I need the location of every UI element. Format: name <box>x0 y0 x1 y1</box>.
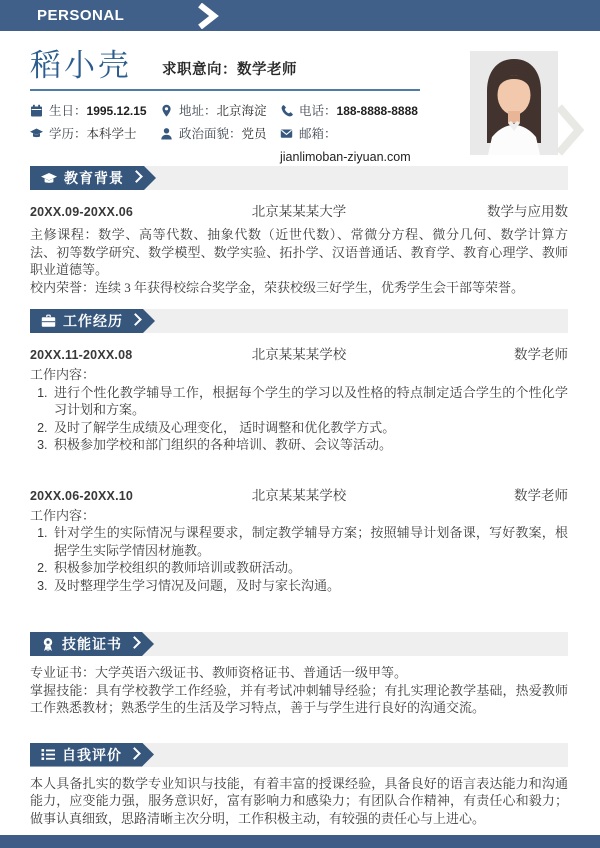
education-period: 20XX.09-20XX.06 <box>30 205 190 219</box>
duty-item: 积极参加学校组织的教师培训或教研活动。 <box>51 559 568 577</box>
list-icon <box>41 748 55 761</box>
duty-item: 针对学生的实际情况与课程要求，制定教学辅导方案；按照辅导计划备课，写好教案，根据… <box>51 524 568 559</box>
address-value: 北京海淀 <box>217 104 267 118</box>
footer-bar <box>0 835 600 848</box>
info-phone: 电话：188-8888-8888 <box>280 103 470 119</box>
skills-abilities: 掌握技能：具有学校教学工作经验，并有考试冲刺辅导经验；有扎实理论教学基础，热爱教… <box>30 682 568 717</box>
work-entry2-org: 北京某某某学校 <box>190 484 408 504</box>
evaluation-title: 自我评价 <box>62 745 122 765</box>
section-skills-header: 技能证书 <box>30 632 568 656</box>
work-entry1-role: 数学老师 <box>408 343 568 363</box>
phone-icon <box>280 104 293 117</box>
work-title: 工作经历 <box>63 311 123 331</box>
education-row: 20XX.09-20XX.06 北京某某某大学 数学与应用数 <box>30 200 568 220</box>
evaluation-ribbon: 自我评价 <box>30 743 154 767</box>
resume-page: { "topbar": { "line1": "PERSONAL", "line… <box>0 0 600 848</box>
graduation-cap-icon <box>41 171 57 186</box>
section-work-header: 工作经历 <box>30 309 568 333</box>
person-icon <box>160 127 173 140</box>
phone-value: 188-8888-8888 <box>337 104 418 118</box>
info-birth: 生日：1995.12.15 <box>30 103 160 119</box>
politics-value: 党员 <box>242 127 267 141</box>
evaluation-detail: 本人具备扎实的数学专业知识与技能，有着丰富的授课经验，具备良好的语言表达能力和沟… <box>30 775 568 828</box>
info-politics: 政治面貌：党员 <box>160 126 280 142</box>
work-entry2-duties: 针对学生的实际情况与课程要求，制定教学辅导方案；按照辅导计划备课，写好教案，根据… <box>30 524 568 594</box>
degree-value: 本科学士 <box>87 127 137 141</box>
info-address: 地址：北京海淀 <box>160 103 280 119</box>
banner-line1: PERSONAL <box>37 4 124 27</box>
work-entry2-row: 20XX.06-20XX.10 北京某某某学校 数学老师 <box>30 484 568 504</box>
graduation-cap-icon <box>30 127 43 140</box>
education-honors: 校内荣誉：连续 3 年获得校综合奖学金，荣获校级三好学生，优秀学生会干部等荣誉。 <box>30 279 568 297</box>
work-ribbon: 工作经历 <box>30 309 155 333</box>
birth-value: 1995.12.15 <box>87 104 147 118</box>
education-courses: 主修课程：数学、高等代数、抽象代数（近世代数）、常微分方程、微分几何、数学计算方… <box>30 226 568 279</box>
degree-label: 学历： <box>49 127 87 141</box>
duty-item: 及时了解学生成绩及心理变化， 适时调整和优化教学方式。 <box>51 419 568 437</box>
portrait-illustration <box>470 51 558 155</box>
education-ribbon: 教育背景 <box>30 166 156 190</box>
ribbon-notch <box>128 636 141 649</box>
medal-icon <box>41 637 55 652</box>
ribbon-notch <box>130 170 143 183</box>
website-text: jianlimoban-ziyuan.com <box>280 149 470 165</box>
calendar-icon <box>30 104 43 117</box>
birth-label: 生日： <box>49 104 87 118</box>
work-entry1-period: 20XX.11-20XX.08 <box>30 348 190 362</box>
work-entry1-content-label: 工作内容： <box>30 366 568 384</box>
email-label: 邮箱： <box>299 127 337 141</box>
duty-item: 进行个性化教学辅导工作，根据每个学生的学习以及性格的特点制定适合学生的个性化学习… <box>51 384 568 419</box>
education-school: 北京某某某大学 <box>190 200 408 220</box>
duty-item: 及时整理学生学习情况及问题，及时与家长沟通。 <box>51 577 568 595</box>
header-divider <box>30 89 420 91</box>
ribbon-notch <box>129 313 142 326</box>
work-entry1-org: 北京某某某学校 <box>190 343 408 363</box>
duty-item: 积极参加学校和部门组织的各种培训、教研、会议等活动。 <box>51 436 568 454</box>
work-entry2-role: 数学老师 <box>408 484 568 504</box>
info-email: 邮箱： <box>280 126 470 142</box>
section-education-header: 教育背景 <box>30 166 568 190</box>
envelope-icon <box>280 127 293 140</box>
work-entry1-duties: 进行个性化教学辅导工作，根据每个学生的学习以及性格的特点制定适合学生的个性化学习… <box>30 384 568 454</box>
politics-label: 政治面貌： <box>179 127 242 141</box>
address-label: 地址： <box>179 104 217 118</box>
evaluation-text: 本人具备扎实的数学专业知识与技能，有着丰富的授课经验，具备良好的语言表达能力和沟… <box>30 775 568 828</box>
section-evaluation-header: 自我评价 <box>30 743 568 767</box>
id-photo <box>470 51 558 155</box>
candidate-name: 稻小壳 <box>30 48 132 84</box>
work-entry2-content-label: 工作内容： <box>30 507 568 525</box>
chevron-right-icon <box>197 3 219 29</box>
banner-title: PERSONAL RESUME <box>37 4 124 31</box>
skills-certificates: 专业证书：大学英语六级证书、教师资格证书、普通话一级甲等。 <box>30 664 568 682</box>
decorative-chevron-icon <box>556 103 584 157</box>
work-entry2-period: 20XX.06-20XX.10 <box>30 489 190 503</box>
info-degree: 学历：本科学士 <box>30 126 160 142</box>
location-pin-icon <box>160 104 173 117</box>
top-banner: PERSONAL RESUME <box>0 0 600 31</box>
ribbon-notch <box>128 747 141 760</box>
personal-info-grid: 生日：1995.12.15 地址：北京海淀 电话：188-8888-8888 学… <box>30 103 470 165</box>
education-major: 数学与应用数 <box>408 200 568 220</box>
skills-ribbon: 技能证书 <box>30 632 154 656</box>
education-title: 教育背景 <box>64 168 124 188</box>
skills-title: 技能证书 <box>62 634 122 654</box>
job-objective: 求职意向：数学老师 <box>162 58 297 84</box>
education-detail: 主修课程：数学、高等代数、抽象代数（近世代数）、常微分方程、微分几何、数学计算方… <box>30 226 568 296</box>
work-entry1-row: 20XX.11-20XX.08 北京某某某学校 数学老师 <box>30 343 568 363</box>
phone-label: 电话： <box>299 104 337 118</box>
skills-detail: 专业证书：大学英语六级证书、教师资格证书、普通话一级甲等。 掌握技能：具有学校教… <box>30 664 568 717</box>
briefcase-icon <box>41 314 56 328</box>
